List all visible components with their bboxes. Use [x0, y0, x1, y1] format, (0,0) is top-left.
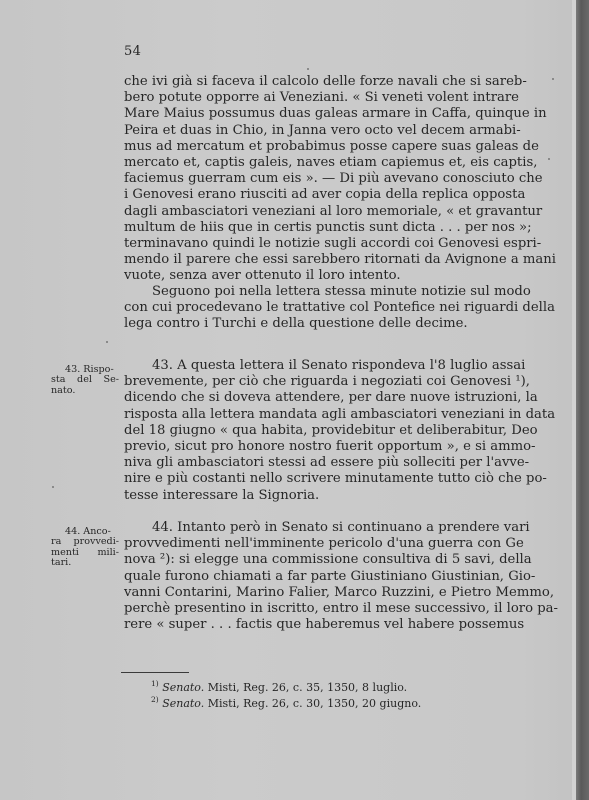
footnote-text: Misti, Reg. 26, c. 30, 1350, 20 giugno. — [204, 697, 421, 710]
text-line: niva gli ambasciatori stessi ad essere p… — [124, 455, 516, 471]
scan-speck — [106, 341, 108, 343]
footnote-separator — [121, 672, 189, 673]
footnote-1: 1) Senato. Misti, Reg. 26, c. 35, 1350, … — [151, 680, 421, 696]
footnotes: 1) Senato. Misti, Reg. 26, c. 35, 1350, … — [151, 680, 421, 712]
text-line: lega contro i Turchi e della questione d… — [124, 316, 516, 332]
text-line: bero potute opporre ai Veneziani. « Si v… — [124, 90, 516, 106]
text-line: del 18 giugno « qua habita, providebitur… — [124, 423, 516, 439]
footnote-2: 2) Senato. Misti, Reg. 26, c. 30, 1350, … — [151, 696, 421, 712]
margin-note-44: 44. Anco- ra provvedi- menti mili- tari. — [51, 527, 119, 569]
text-line: con cui procedevano le trattative col Po… — [124, 300, 516, 316]
footnote-marker: 1) — [151, 679, 159, 688]
margin-note-line: nato. — [51, 386, 119, 396]
scan-speck — [548, 158, 550, 160]
text-line: Mare Maius possumus duas galeas armare i… — [124, 106, 516, 122]
text-line: brevemente, per ciò che riguarda i negoz… — [124, 374, 516, 390]
text-line: vuote, senza aver ottenuto il loro inten… — [124, 268, 516, 284]
text-line: dagli ambasciatori veneziani al loro mem… — [124, 204, 516, 220]
text-line: mendo il parere che essi sarebbero ritor… — [124, 252, 516, 268]
text-line: dicendo che si doveva attendere, per dar… — [124, 390, 516, 406]
text-line: nova ²): si elegge una commissione consu… — [124, 552, 516, 568]
text-line: mus ad mercatum et probabimus posse cape… — [124, 139, 516, 155]
text-line: risposta alla lettera mandata agli ambas… — [124, 407, 516, 423]
footnote-source: Senato. — [162, 697, 204, 710]
footnote-text: Misti, Reg. 26, c. 35, 1350, 8 luglio. — [204, 681, 407, 694]
text-line: multum de hiis que in certis punctis sun… — [124, 220, 516, 236]
text-line: i Genovesi erano riusciti ad aver copia … — [124, 187, 516, 203]
text-line: vanni Contarini, Marino Falier, Marco Ru… — [124, 585, 516, 601]
margin-note-line: tari. — [51, 558, 119, 568]
text-line: Seguono poi nella lettera stessa minute … — [124, 284, 516, 300]
text-line: provvedimenti nell'imminente pericolo d'… — [124, 536, 516, 552]
text-line: quale furono chiamati a far parte Giusti… — [124, 569, 516, 585]
text-line: perchè presentino in iscritto, entro il … — [124, 601, 516, 617]
text-line: mercato et, captis galeis, naves etiam c… — [124, 155, 516, 171]
paragraph-44: 44. Intanto però in Senato si continuano… — [124, 520, 516, 633]
text-line: previo, sicut pro honore nostro fuerit o… — [124, 439, 516, 455]
paragraph-seguono: Seguono poi nella lettera stessa minute … — [124, 284, 516, 333]
book-binding-shadow — [576, 0, 589, 800]
text-line: rere « super . . . factis que haberemus … — [124, 617, 516, 633]
text-line: tesse interessare la Signoria. — [124, 488, 516, 504]
margin-note-43: 43. Rispo- sta del Se- nato. — [51, 365, 119, 396]
page-number: 54 — [124, 44, 141, 59]
paragraph-continuation: che ivi già si faceva il calcolo delle f… — [124, 74, 516, 284]
text-line: nire e più costanti nello scrivere minut… — [124, 471, 516, 487]
footnote-source: Senato. — [162, 681, 204, 694]
scan-speck — [307, 68, 309, 70]
text-line: che ivi già si faceva il calcolo delle f… — [124, 74, 516, 90]
text-line: terminavano quindi le notizie sugli acco… — [124, 236, 516, 252]
text-line: 43. A questa lettera il Senato rispondev… — [124, 358, 516, 374]
scan-speck — [52, 486, 54, 488]
text-line: Peira et duas in Chio, in Janna vero oct… — [124, 123, 516, 139]
footnote-marker: 2) — [151, 695, 159, 704]
text-line: 44. Intanto però in Senato si continuano… — [124, 520, 516, 536]
scan-speck — [552, 78, 554, 80]
text-line: faciemus guerram cum eis ». — Di più ave… — [124, 171, 516, 187]
paragraph-43: 43. A questa lettera il Senato rispondev… — [124, 358, 516, 504]
